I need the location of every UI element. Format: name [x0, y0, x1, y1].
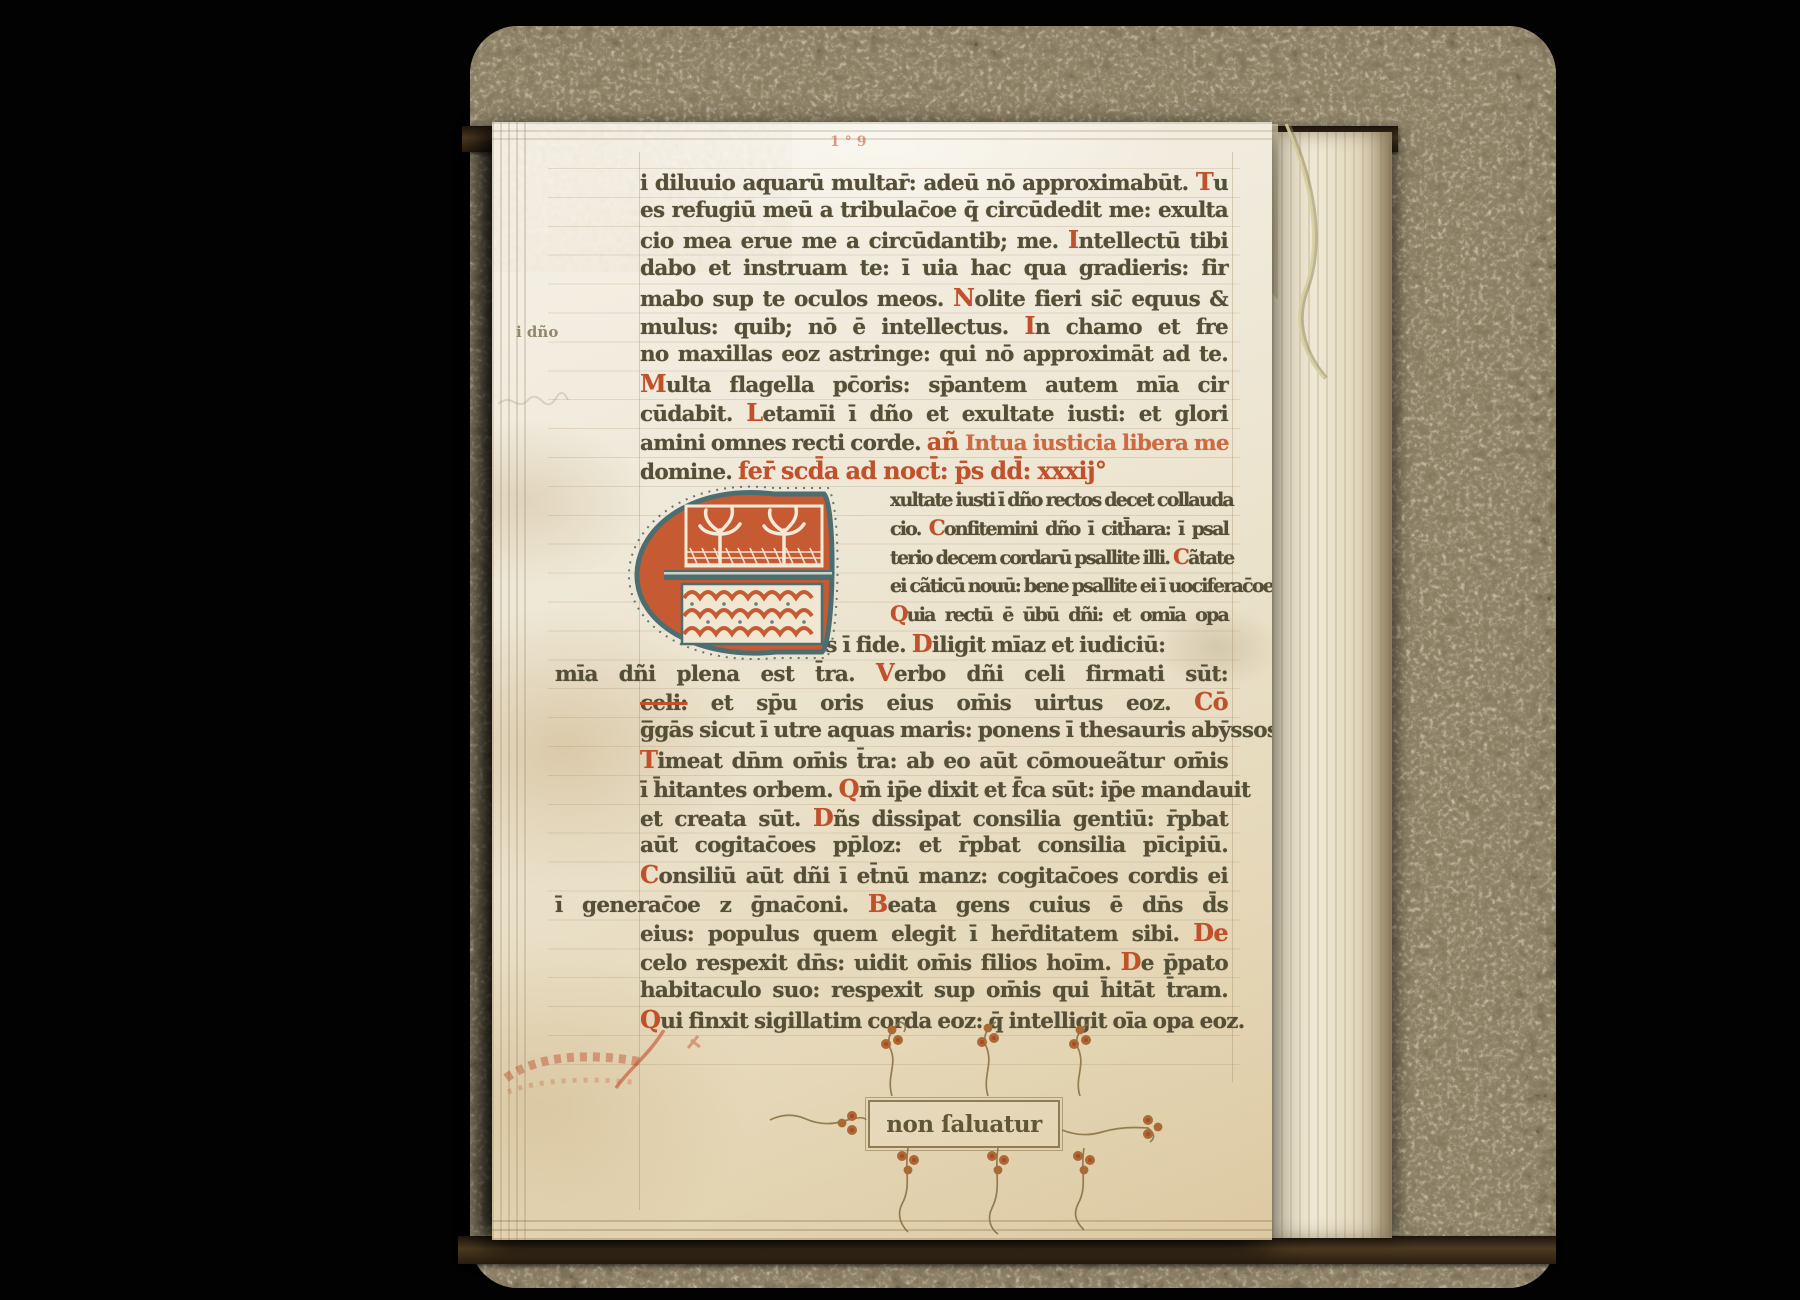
margin-note: i dño: [516, 323, 558, 341]
text-line: Multa flagella pc̄oris: sp̄antem autem m…: [640, 370, 1228, 399]
ink-text: amini omnes recti corde.: [640, 431, 927, 456]
rubricated-text: De: [1193, 918, 1228, 947]
binding-edge-bottom: [458, 1236, 1556, 1264]
ink-text: erbo dñi celi firmati sūt:: [894, 662, 1228, 687]
text-line: amini omnes recti corde. añ Intua iustic…: [640, 428, 1228, 457]
text-line: xultate iusti ī dño rectos decet collaud…: [890, 486, 1228, 515]
rubricated-text: M: [640, 369, 666, 398]
ink-text: mīa dñi plena est t̄ra.: [555, 662, 876, 687]
text-line: celo respexit dn̄s: uidit om̄is filios h…: [640, 948, 1228, 977]
ink-text: onfitemini dño ī cith̄ara: ī psal: [944, 518, 1228, 540]
ink-text: ntellectū tibi: [1078, 229, 1228, 254]
rubricated-text: D: [813, 803, 833, 832]
faded-margin-note-smudge: [494, 388, 572, 414]
rubricated-text: Q: [890, 602, 907, 627]
ink-text: ī h̄itantes orbem.: [640, 778, 839, 803]
rubricated-text: Q: [839, 774, 859, 803]
text-line: cio. Confitemini dño ī cith̄ara: ī psal: [890, 515, 1228, 544]
ink-text: n chamo et fre: [1035, 315, 1228, 340]
ink-text: ei cãticū nouū: bene psallite ei ī uocif…: [890, 575, 1272, 597]
ink-text: g̅gās sicut ī utre aquas maris: ponens ī…: [640, 718, 1272, 743]
text-line: i diluuio aquarū multar̄: adeū nō approx…: [640, 168, 1228, 197]
ink-text: iligit mīaz et iudiciū:: [932, 633, 1165, 658]
ink-text: terio decem cordarū psallite illi.: [890, 547, 1173, 569]
ink-text: u: [1213, 171, 1228, 196]
text-line: Consiliū aūt dñi ī et̄nū manz: cogitac̄o…: [640, 861, 1228, 890]
rubricated-text: fer̄ scd̄a ad noct̄: p̄s dd̄: xxxij°: [738, 456, 1106, 485]
folio-mark: 1°9: [830, 134, 871, 150]
rubricated-text: añ: [927, 427, 965, 456]
rubricated-text: T: [1196, 167, 1213, 196]
ink-text: cio mea erue me a circūdantib; me.: [640, 229, 1068, 254]
ink-text: es refugiū meū a tribulac̄oe q̄ circūded…: [640, 198, 1228, 223]
text-line: ei cãticū nouū: bene psallite ei ī uocif…: [890, 572, 1228, 601]
ink-text: aūt cogitac̄oes pp̄loz: et r̄pbat consil…: [640, 833, 1228, 858]
rubricated-text: celi:: [640, 691, 688, 716]
ink-text: e p̄pato: [1141, 951, 1228, 976]
ink-text: dabo et instruam te: ī uia hac qua gradi…: [640, 256, 1228, 281]
rubricated-text: C: [929, 516, 944, 541]
photograph-of-manuscript: 1°9 i dño i diluuio aquarū multar̄: adeū…: [0, 0, 1800, 1300]
ink-text: et sp̄u oris eius om̄is uirtus eoz.: [688, 691, 1195, 716]
ink-text: ī generac̄oe z ḡnac̄oni.: [555, 893, 868, 918]
text-line: g̅gās sicut ī utre aquas maris: ponens ī…: [640, 717, 1228, 746]
text-line: es refugiū meū a tribulac̄oe q̄ circūded…: [640, 197, 1228, 226]
text-line: Quia rectū ē ūbū dñi: et omīa opa: [890, 601, 1228, 630]
ink-text: cūdabit.: [640, 402, 746, 427]
ink-text: mulus: quib; nō ē intellectus.: [640, 315, 1024, 340]
text-line: Timeat dn̄m om̄is t̄ra: ab eo aūt cōmoue…: [640, 746, 1228, 775]
rubricated-text: Cō: [1194, 687, 1228, 716]
text-line: eius: populus quem elegit ī her̄ditatem …: [640, 919, 1228, 948]
ink-text: imeat dn̄m om̄is t̄ra: ab eo aūt cōmoueã…: [657, 749, 1228, 774]
rubricated-text: I: [1024, 311, 1035, 340]
ink-text: olite fieri sic̄ equus &: [974, 287, 1228, 312]
catchword-text: non ſaluatur: [886, 1111, 1041, 1138]
rubricated-text: T: [640, 745, 657, 774]
rubricated-text: D: [1121, 947, 1141, 976]
ink-text: no maxillas eoz astringe: qui nō approxi…: [640, 342, 1228, 367]
ink-text: cio.: [890, 518, 929, 540]
text-line: dabo et instruam te: ī uia hac qua gradi…: [640, 255, 1228, 284]
illuminated-initial-E: [624, 482, 880, 664]
text-line: celi: et sp̄u oris eius om̄is uirtus eoz…: [640, 688, 1228, 717]
rubricated-text: C: [640, 860, 658, 889]
ink-text: celo respexit dn̄s: uidit om̄is filios h…: [640, 951, 1121, 976]
rubricated-text: B: [868, 889, 888, 918]
bookmark-thread: [1250, 120, 1420, 420]
text-line: ī h̄itantes orbem. Qm̄ ip̄e dixit et f̄c…: [640, 775, 1228, 804]
text-line: ī generac̄oe z ḡnac̄oni. Beata gens cuiu…: [555, 890, 1228, 919]
manuscript-page: 1°9 i dño i diluuio aquarū multar̄: adeū…: [492, 122, 1272, 1240]
rubricated-text: Intua iusticia libera me: [965, 431, 1229, 456]
margin-rule-right: [1232, 152, 1233, 1082]
ink-text: eata gens cuius ē dn̄s d̄s: [888, 893, 1228, 918]
ink-text: etamīi ī dño et exultate iusti: et glori: [763, 402, 1229, 427]
text-line: et creata sūt. Dñs dissipat consilia gen…: [640, 804, 1228, 833]
rubricated-text: I: [1068, 225, 1079, 254]
text-line: aūt cogitac̄oes pp̄loz: et r̄pbat consil…: [640, 832, 1228, 861]
ink-text: ñs dissipat consilia gentiū: r̄pbat: [833, 807, 1228, 832]
ink-text: ãtate: [1188, 547, 1233, 569]
catchword-frame: non ſaluatur: [868, 1100, 1060, 1148]
rubricated-text: D: [912, 629, 932, 658]
text-line: no maxillas eoz astringe: qui nō approxi…: [640, 341, 1228, 370]
rubricated-text: L: [746, 398, 762, 427]
ink-text: eius: populus quem elegit ī her̄ditatem …: [640, 922, 1193, 947]
rubricated-text: C: [1173, 545, 1188, 570]
under-page-edges-top: [492, 122, 1272, 146]
text-line: cūdabit. Letamīi ī dño et exultate iusti…: [640, 399, 1228, 428]
ink-text: ulta flagella pc̄oris: sp̄antem autem mī…: [666, 373, 1228, 398]
text-line: cio mea erue me a circūdantib; me. Intel…: [640, 226, 1228, 255]
ink-text: i diluuio aquarū multar̄: adeū nō approx…: [640, 171, 1196, 196]
ink-text: et creata sūt.: [640, 807, 813, 832]
ink-text: xultate iusti ī dño rectos decet collaud…: [890, 489, 1233, 511]
ink-text: onsiliū aūt dñi ī et̄nū manz: cogitac̄oe…: [658, 864, 1228, 889]
ink-text: mabo sup te oculos meos.: [640, 287, 953, 312]
text-line: mulus: quib; nō ē intellectus. In chamo …: [640, 312, 1228, 341]
rubricated-text: N: [953, 283, 974, 312]
ink-text: uia rectū ē ūbū dñi: et omīa opa: [907, 604, 1228, 626]
text-line: terio decem cordarū psallite illi. Cãtat…: [890, 544, 1228, 573]
text-line: mabo sup te oculos meos. Nolite fieri si…: [640, 284, 1228, 313]
text-line: habitaculo suo: respexit sup om̄is qui h…: [640, 977, 1228, 1006]
ink-text: m̄ ip̄e dixit et f̄ca sūt: ip̄e mandauit: [859, 778, 1250, 803]
ink-text: habitaculo suo: respexit sup om̄is qui h…: [640, 978, 1228, 1003]
